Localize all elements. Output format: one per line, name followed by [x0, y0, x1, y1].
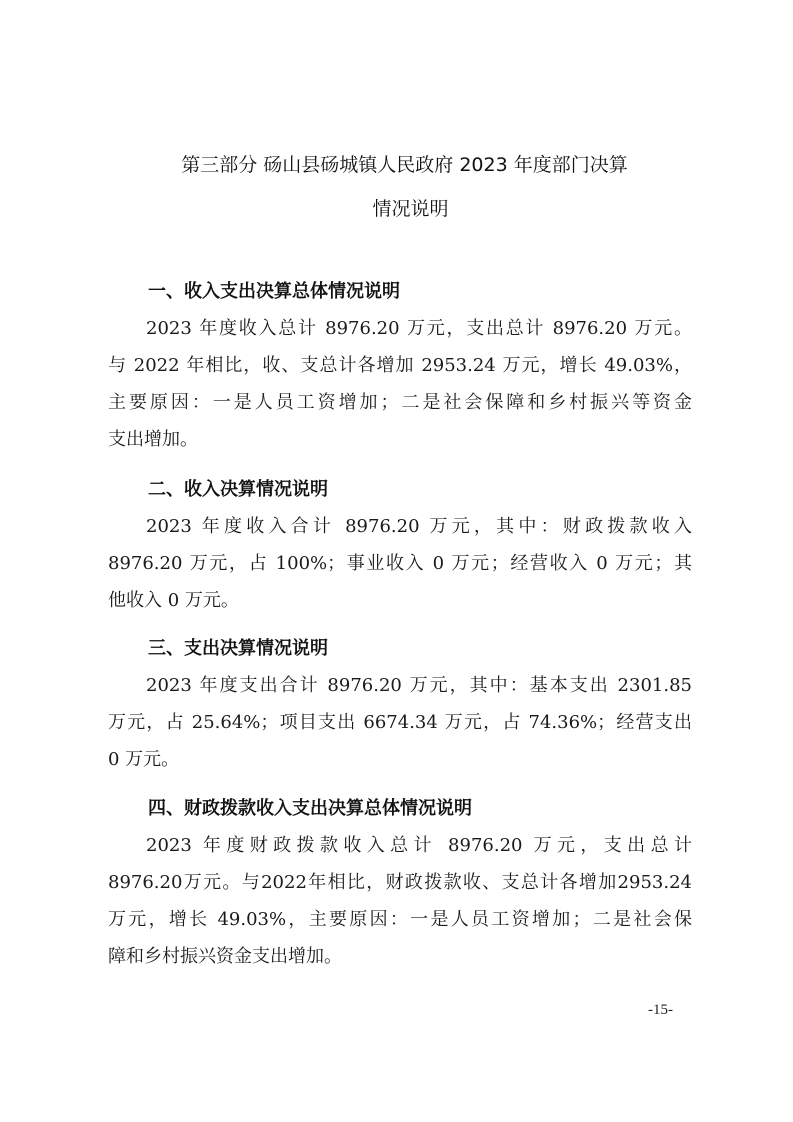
document-title-line-1: 第三部分 砀山县砀城镇人民政府 2023 年度部门决算	[8, 152, 793, 178]
section-2-paragraph-line: 他收入 0 万元。	[108, 588, 692, 614]
section-3-paragraph-line: 0 万元。	[108, 747, 692, 773]
page-number: -15-	[648, 1000, 673, 1020]
section-heading-2: 二、收入决算情况说明	[148, 477, 328, 503]
section-1-paragraph-line: 2023 年度收入总计 8976.20 万元，支出总计 8976.20 万元。	[146, 316, 692, 342]
section-4-paragraph-line: 8976.20万元。与2022年相比，财政拨款收、支总计各增加2953.24	[108, 870, 692, 896]
section-1-paragraph-line: 支出增加。	[108, 427, 692, 453]
section-1-paragraph-line: 主要原因：一是人员工资增加；二是社会保障和乡村振兴等资金	[108, 390, 692, 416]
section-1-paragraph-line: 与 2022 年相比，收、支总计各增加 2953.24 万元，增长 49.03%…	[108, 353, 692, 379]
section-3-paragraph-line: 万元，占 25.64%；项目支出 6674.34 万元，占 74.36%；经营支…	[108, 710, 692, 736]
section-heading-1: 一、收入支出决算总体情况说明	[148, 279, 400, 305]
section-4-paragraph-line: 障和乡村振兴资金支出增加。	[108, 944, 692, 970]
section-heading-3: 三、支出决算情况说明	[148, 636, 328, 662]
section-heading-4: 四、财政拨款收入支出决算总体情况说明	[148, 796, 472, 822]
section-4-paragraph-line: 万元，增长 49.03%，主要原因：一是人员工资增加；二是社会保	[108, 907, 692, 933]
document-page: 第三部分 砀山县砀城镇人民政府 2023 年度部门决算 情况说明 一、收入支出决…	[0, 0, 793, 1122]
section-2-paragraph-line: 8976.20 万元，占 100%；事业收入 0 万元；经营收入 0 万元；其	[108, 551, 692, 577]
section-2-paragraph-line: 2023 年度收入合计 8976.20 万元，其中：财政拨款收入	[146, 514, 692, 540]
section-4-paragraph-line: 2023 年度财政拨款收入总计 8976.20 万元，支出总计	[146, 833, 692, 859]
section-3-paragraph-line: 2023 年度支出合计 8976.20 万元，其中：基本支出 2301.85	[146, 673, 692, 699]
document-title-line-2: 情况说明	[14, 196, 793, 222]
